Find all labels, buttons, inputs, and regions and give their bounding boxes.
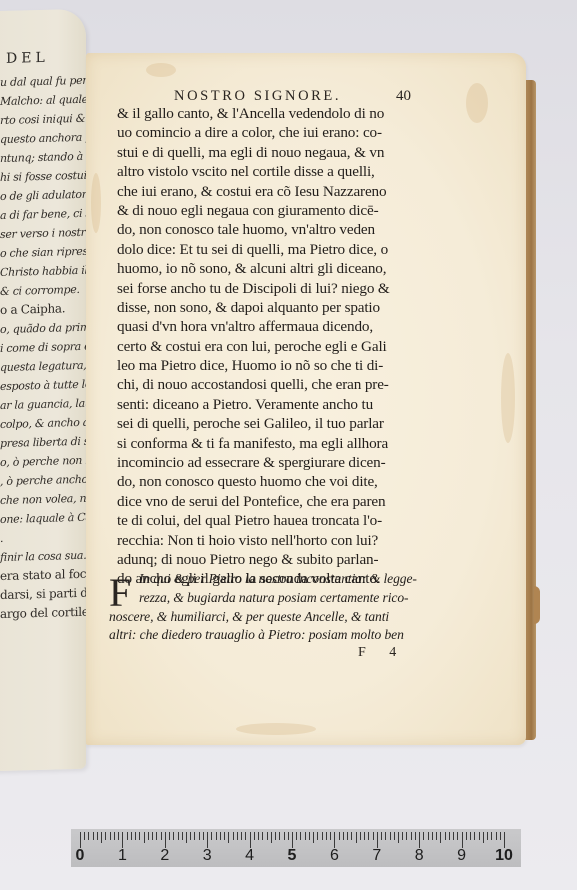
commentary-line: In qui & per Pietro la nostra inconstant… xyxy=(109,570,499,589)
page-number: 40 xyxy=(396,88,411,105)
text-line: Malcho: al quale il Si xyxy=(0,90,86,111)
ruler-label: 4 xyxy=(245,847,254,865)
ruler-tick xyxy=(326,832,327,840)
text-line: colpo, & ancho accio xyxy=(0,413,86,434)
ruler-tick xyxy=(110,832,111,840)
ruler-tick xyxy=(313,832,314,843)
ruler-tick xyxy=(105,832,106,840)
ruler-tick xyxy=(224,832,225,840)
ruler-tick xyxy=(122,832,123,848)
text-line: dice vno de serui del Pontefice, che era… xyxy=(117,492,492,511)
ruler-tick xyxy=(351,832,352,840)
text-line: altro vistolo vscito nel cortile disse a… xyxy=(117,162,492,181)
ruler-tick xyxy=(317,832,318,840)
text-line: do, non conosco questo huomo che voi dit… xyxy=(117,472,492,491)
ruler-tick xyxy=(419,832,420,848)
ruler-tick xyxy=(368,832,369,840)
ruler-tick xyxy=(84,832,85,840)
ruler-label: 1 xyxy=(118,847,127,865)
signature-mark: F 4 xyxy=(358,645,406,661)
text-line: darsi, si parti dal xyxy=(0,584,86,605)
text-line: do, non conosco tale huomo, vn'altro ved… xyxy=(117,220,492,239)
ruler-tick xyxy=(449,832,450,840)
ruler-tick xyxy=(474,832,475,840)
ruler-tick xyxy=(182,832,183,840)
ruler-tick xyxy=(428,832,429,840)
foxing-stain xyxy=(146,63,176,77)
text-line: , ò perche ancho esso xyxy=(0,470,86,491)
ruler-tick xyxy=(385,832,386,840)
ruler-tick xyxy=(186,832,187,843)
commentary-text: In qui & per Pietro la nostra inconstant… xyxy=(109,570,499,645)
ruler-label: 2 xyxy=(160,847,169,865)
ruler-tick xyxy=(470,832,471,840)
ruler-tick xyxy=(233,832,234,840)
text-line: che iui erano, & costui era cõ Iesu Nazz… xyxy=(117,182,492,201)
ruler-tick xyxy=(114,832,115,840)
text-line: ntunq; stando à noi stessi xyxy=(0,147,86,168)
ruler-tick xyxy=(423,832,424,840)
ruler-tick xyxy=(356,832,357,843)
ruler-tick xyxy=(216,832,217,840)
ruler-label: 7 xyxy=(372,847,381,865)
text-line: sei di quelli, peroche sei Galileo, il t… xyxy=(117,414,492,433)
commentary-line: noscere, & humiliarci, & per queste Ance… xyxy=(109,608,499,627)
ruler-tick xyxy=(203,832,204,840)
left-page: DEL u dal qual fu percosso dMalcho: al q… xyxy=(0,9,86,771)
text-line: che non volea, ne po xyxy=(0,489,86,510)
text-line: te di colui, del qual Pietro hauea tronc… xyxy=(117,511,492,530)
ruler-tick xyxy=(220,832,221,840)
ruler-tick xyxy=(135,832,136,840)
ruler-tick xyxy=(152,832,153,840)
foxing-stain xyxy=(236,723,316,735)
ruler-tick xyxy=(199,832,200,840)
ruler-tick xyxy=(156,832,157,840)
text-line: a di far bene, ci sigili xyxy=(0,204,86,225)
text-line: esposto à tutte le per xyxy=(0,375,86,396)
text-line: o a Caipha. xyxy=(0,299,86,320)
ruler-tick xyxy=(347,832,348,840)
text-line: Christo habbia il torto, xyxy=(0,261,86,282)
ruler-tick xyxy=(262,832,263,840)
left-running-head: DEL xyxy=(6,50,49,67)
ruler-tick xyxy=(127,832,128,840)
text-line: i come di sopra è detto xyxy=(0,337,86,358)
text-line: recchia: Non ti hoio visto nell'horto co… xyxy=(117,531,492,550)
commentary-block: F In qui & per Pietro la nostra inconsta… xyxy=(109,570,499,645)
ruler-tick xyxy=(271,832,272,843)
text-line: dolo dice: Et tu sei di quelli, ma Pietr… xyxy=(117,240,492,259)
ruler-tick xyxy=(245,832,246,840)
text-line: huomo, io nõ sono, & alcuni altri gli di… xyxy=(117,259,492,278)
text-line: chi, di nouo accostandosi quelli, che er… xyxy=(117,375,492,394)
ruler-label: 5 xyxy=(288,847,297,865)
book-edge-tab xyxy=(534,586,540,624)
text-line: questo anchora posian xyxy=(0,128,86,149)
ruler-tick xyxy=(194,832,195,840)
ruler-tick xyxy=(411,832,412,840)
text-line: . xyxy=(0,527,86,548)
ruler-tick xyxy=(330,832,331,840)
ruler-tick xyxy=(296,832,297,840)
text-line: leo ma Pietro dice, Huomo io nõ so che t… xyxy=(117,356,492,375)
text-line: era stato al foco xyxy=(0,565,86,586)
ruler-tick xyxy=(88,832,89,840)
ruler-tick xyxy=(445,832,446,840)
text-line: certo & costui era con lui, peroche egli… xyxy=(117,337,492,356)
ruler-tick xyxy=(496,832,497,840)
ruler-tick xyxy=(504,832,505,848)
drop-cap: F xyxy=(109,574,131,612)
text-line: senti: diceano a Pietro. Veramente ancho… xyxy=(117,395,492,414)
ruler-tick xyxy=(118,832,119,840)
text-line: sei forse ancho tu de Discipoli di lui? … xyxy=(117,279,492,298)
ruler-tick xyxy=(190,832,191,840)
ruler-tick xyxy=(466,832,467,840)
ruler-tick xyxy=(101,832,102,843)
text-line: o, ò perche non haues xyxy=(0,451,86,472)
ruler-tick xyxy=(211,832,212,840)
ruler-tick xyxy=(178,832,179,840)
ruler-label: 9 xyxy=(457,847,466,865)
right-page: NOSTRO SIGNORE. 40 & il gallo canto, & l… xyxy=(86,53,526,745)
ruler-tick xyxy=(228,832,229,843)
text-line: ser verso i nostri Signo xyxy=(0,223,86,244)
running-head: NOSTRO SIGNORE. xyxy=(174,88,341,105)
ruler-tick xyxy=(173,832,174,840)
ruler-tick xyxy=(169,832,170,840)
ruler-tick xyxy=(254,832,255,840)
ruler-tick xyxy=(322,832,323,840)
ruler-label: 0 xyxy=(76,847,85,865)
ruler-tick xyxy=(258,832,259,840)
scale-ruler: 012345678910 xyxy=(71,829,521,867)
ruler-tick xyxy=(207,832,208,848)
ruler-label: 6 xyxy=(330,847,339,865)
text-line: rto cosi iniqui & ingra xyxy=(0,109,86,130)
ruler-tick xyxy=(148,832,149,840)
text-line: presa liberta di seior xyxy=(0,432,86,453)
left-page-text: u dal qual fu percosso dMalcho: al quale… xyxy=(0,71,86,624)
ruler-tick xyxy=(390,832,391,840)
text-line: disse, non sono, & dapoi alquanto per sp… xyxy=(117,298,492,317)
body-text: & il gallo canto, & l'Ancella vedendolo … xyxy=(117,104,492,589)
ruler-tick xyxy=(440,832,441,843)
ruler-tick xyxy=(165,832,166,848)
ruler-tick xyxy=(292,832,293,848)
text-line: hi si fosse costui non di xyxy=(0,166,86,187)
ruler-tick xyxy=(491,832,492,840)
text-line: uo comincio a dire a color, che iui eran… xyxy=(117,123,492,142)
text-line: questa legatura, per xyxy=(0,356,86,377)
text-line: & il gallo canto, & l'Ancella vedendolo … xyxy=(117,104,492,123)
ruler-tick xyxy=(250,832,251,848)
text-line: one: laquale à Caipha xyxy=(0,508,86,529)
ruler-tick xyxy=(343,832,344,840)
text-line: incomincio ad essecrare & spergiurare di… xyxy=(117,453,492,472)
ruler-tick xyxy=(483,832,484,843)
ruler-tick xyxy=(373,832,374,840)
ruler-tick xyxy=(377,832,378,848)
ruler-tick xyxy=(479,832,480,840)
text-line: o de gli adulatori del Po xyxy=(0,185,86,206)
text-line: o che sian ripresi, ouero xyxy=(0,242,86,263)
ruler-tick xyxy=(406,832,407,840)
ruler-tick xyxy=(394,832,395,840)
ruler-tick xyxy=(402,832,403,840)
text-line: finir la cosa sua. xyxy=(0,546,86,567)
ruler-tick xyxy=(500,832,501,840)
text-line: si conforma & ti fa manifesto, ma egli a… xyxy=(117,434,492,453)
ruler-tick xyxy=(161,832,162,840)
ruler-tick xyxy=(284,832,285,840)
ruler-tick xyxy=(279,832,280,840)
commentary-line: altri: che diedero trauaglio à Pietro: p… xyxy=(109,626,499,645)
foxing-stain xyxy=(501,353,515,443)
commentary-line: rezza, & bugiarda natura posiam certamen… xyxy=(109,589,499,608)
ruler-tick xyxy=(415,832,416,840)
ruler-tick xyxy=(300,832,301,840)
text-line: u dal qual fu percosso d xyxy=(0,71,86,92)
text-line: & ci corrompe. xyxy=(0,280,86,301)
ruler-tick xyxy=(305,832,306,840)
ruler-tick xyxy=(237,832,238,840)
ruler-tick xyxy=(457,832,458,840)
ruler-tick xyxy=(144,832,145,843)
ruler-tick xyxy=(267,832,268,840)
ruler-tick xyxy=(453,832,454,840)
ruler-tick xyxy=(398,832,399,843)
ruler-tick xyxy=(360,832,361,840)
ruler-tick xyxy=(462,832,463,848)
text-line: ar la guancia, laquale xyxy=(0,394,86,415)
ruler-tick xyxy=(432,832,433,840)
ruler-tick xyxy=(131,832,132,840)
ruler-tick xyxy=(381,832,382,840)
ruler-label: 8 xyxy=(415,847,424,865)
ruler-tick xyxy=(334,832,335,848)
ruler-tick xyxy=(288,832,289,840)
ruler-label: 10 xyxy=(495,847,513,865)
ruler-label: 3 xyxy=(203,847,212,865)
foxing-stain xyxy=(91,173,101,233)
text-line: adunq; di nouo Pietro nego & subito parl… xyxy=(117,550,492,569)
ruler-tick xyxy=(97,832,98,840)
ruler-tick xyxy=(339,832,340,840)
ruler-tick xyxy=(80,832,81,848)
ruler-tick xyxy=(139,832,140,840)
text-line: argo del cortile, xyxy=(0,603,86,624)
ruler-tick xyxy=(309,832,310,840)
ruler-tick xyxy=(241,832,242,840)
ruler-tick xyxy=(436,832,437,840)
ruler-tick xyxy=(275,832,276,840)
text-line: o, quãdo da prima gli xyxy=(0,318,86,339)
ruler-tick xyxy=(364,832,365,840)
text-line: quasi d'vn hora vn'altro affermaua dicen… xyxy=(117,317,492,336)
ruler-tick xyxy=(487,832,488,840)
text-line: stui e di quelli, ma egli di nouo negaua… xyxy=(117,143,492,162)
text-line: & di nouo egli negaua con giuramento dic… xyxy=(117,201,492,220)
ruler-tick xyxy=(93,832,94,840)
